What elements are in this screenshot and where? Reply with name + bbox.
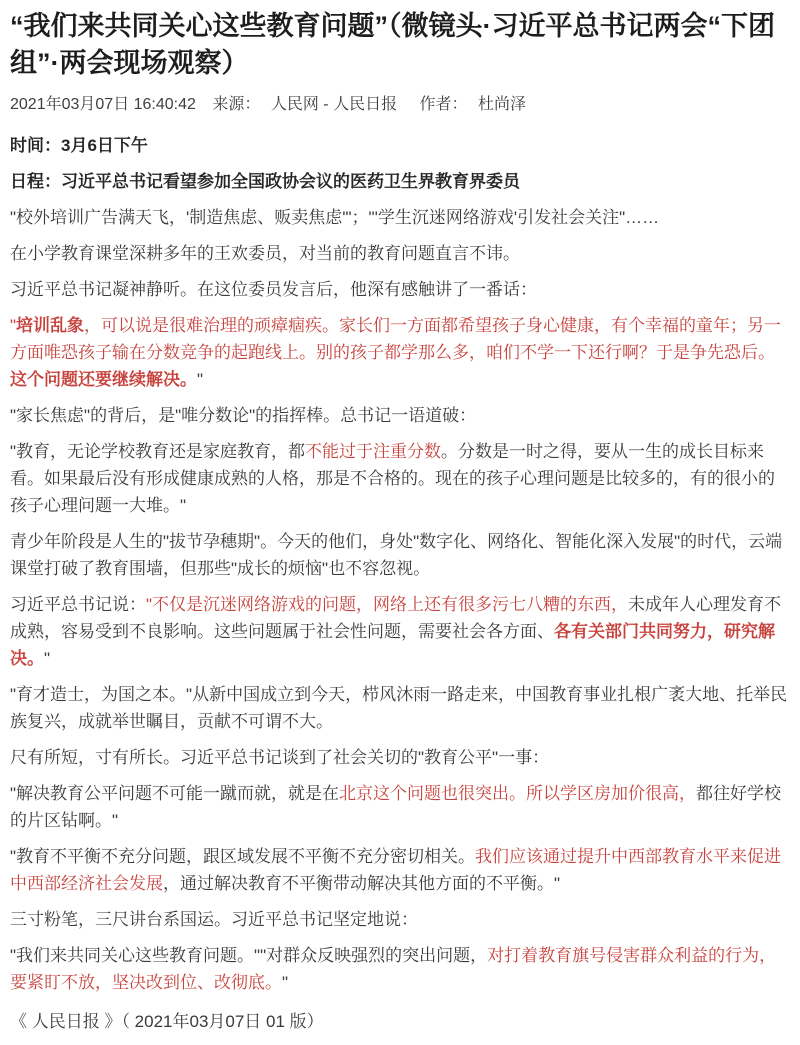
paragraph: 习近平总书记说："不仅是沉迷网络游戏的问题，网络上还有很多污七八糟的东西，未成年… (10, 591, 790, 672)
paragraph: 日程：习近平总书记看望参加全国政协会议的医药卫生界教育界委员 (10, 168, 790, 195)
paragraph: "育才造士，为国之本。"从新中国成立到今天，栉风沐雨一路走来，中国教育事业扎根广… (10, 681, 790, 735)
paragraph: "校外培训广告满天飞，'制造焦虑、贩卖焦虑'"；"'学生沉迷网络游戏'引发社会关… (10, 204, 790, 231)
paragraph: "解决教育公平问题不可能一蹴而就，就是在北京这个问题也很突出。所以学区房加价很高… (10, 780, 790, 834)
paragraph: 时间：3月6日下午 (10, 132, 790, 159)
publish-datetime: 2021年03月07日 16:40:42 (10, 96, 196, 113)
text-segment: "家长焦虑"的背后，是"唯分数论"的指挥棒。总书记一语道破： (10, 406, 476, 425)
paragraph: 尺有所短，寸有所长。习近平总书记谈到了社会关切的"教育公平"一事： (10, 744, 790, 771)
paragraph: "家长焦虑"的背后，是"唯分数论"的指挥棒。总书记一语道破： (10, 402, 790, 429)
text-segment: ，通过解决教育不平衡带动解决其他方面的不平衡。" (163, 874, 560, 893)
source-name: 人民网 - 人民日报 (271, 96, 397, 113)
text-segment: " (282, 973, 288, 992)
text-segment: 青少年阶段是人生的"拔节孕穗期"。今天的他们，身处"数字化、网络化、智能化深入发… (10, 532, 782, 578)
paragraph: "培训乱象，可以说是很难治理的顽瘴痼疾。家长们一方面都希望孩子身心健康，有个幸福… (10, 312, 790, 393)
text-segment: "不仅是沉迷网络游戏的问题，网络上还有很多污七八糟的东西， (146, 595, 628, 614)
paper-source-line: 《 人民日报 》（ 2021年03月07日 01 版） (10, 1008, 790, 1035)
paragraph: 在小学教育课堂深耕多年的王欢委员，对当前的教育问题直言不讳。 (10, 240, 790, 267)
author-label: 作者： (420, 96, 468, 113)
text-segment: 北京这个问题也很突出。所以学区房加价很高， (339, 784, 696, 803)
text-segment: "教育不平衡不充分问题，跟区域发展不平衡不充分密切相关。 (10, 847, 475, 866)
article-paragraphs: 时间：3月6日下午日程：习近平总书记看望参加全国政协会议的医药卫生界教育界委员"… (10, 132, 790, 996)
source-label: 来源： (212, 96, 260, 113)
text-segment: "我们来共同关心这些教育问题。""对群众反映强烈的突出问题， (10, 946, 487, 965)
text-segment: ，可以说是很难治理的顽瘴痼疾。家长们一方面都希望孩子身心健康，有个幸福的童年；另… (10, 316, 781, 362)
text-segment: 培训乱象 (16, 316, 84, 335)
text-segment: 习近平总书记说： (10, 595, 146, 614)
article-page: “我们来共同关心这些教育问题”（微镜头·习近平总书记两会“下团组”·两会现场观察… (0, 0, 800, 1045)
text-segment: 尺有所短，寸有所长。习近平总书记谈到了社会关切的"教育公平"一事： (10, 748, 549, 767)
text-segment: 这个问题还要继续解决。 (10, 370, 197, 389)
text-segment: 日程：习近平总书记看望参加全国政协会议的医药卫生界教育界委员 (10, 172, 520, 191)
text-segment: "教育，无论学校教育还是家庭教育，都 (10, 442, 305, 461)
paragraph: "我们来共同关心这些教育问题。""对群众反映强烈的突出问题，对打着教育旗号侵害群… (10, 942, 790, 996)
paragraph: 习近平总书记凝神静听。在这位委员发言后，他深有感触讲了一番话： (10, 276, 790, 303)
paragraph: "教育不平衡不充分问题，跟区域发展不平衡不充分密切相关。我们应该通过提升中西部教… (10, 843, 790, 897)
text-segment: "解决教育公平问题不可能一蹴而就，就是在 (10, 784, 339, 803)
author-name: 杜尚泽 (478, 96, 526, 113)
paragraph: "教育，无论学校教育还是家庭教育，都不能过于注重分数。分数是一时之得，要从一生的… (10, 438, 790, 519)
article-meta: 2021年03月07日 16:40:42 来源： 人民网 - 人民日报 作者： … (10, 94, 790, 116)
text-segment: 在小学教育课堂深耕多年的王欢委员，对当前的教育问题直言不讳。 (10, 244, 520, 263)
article-title: “我们来共同关心这些教育问题”（微镜头·习近平总书记两会“下团组”·两会现场观察… (10, 8, 790, 82)
text-segment: " (197, 370, 203, 389)
text-segment: "育才造士，为国之本。"从新中国成立到今天，栉风沐雨一路走来，中国教育事业扎根广… (10, 685, 787, 731)
text-segment: 习近平总书记凝神静听。在这位委员发言后，他深有感触讲了一番话： (10, 280, 537, 299)
text-segment: " (44, 649, 50, 668)
paragraph: 三寸粉笔，三尺讲台系国运。习近平总书记坚定地说： (10, 906, 790, 933)
text-segment: "校外培训广告满天飞，'制造焦虑、贩卖焦虑'"；"'学生沉迷网络游戏'引发社会关… (10, 208, 659, 227)
text-segment: 时间：3月6日下午 (10, 136, 148, 155)
text-segment: 三寸粉笔，三尺讲台系国运。习近平总书记坚定地说： (10, 910, 418, 929)
paragraph: 青少年阶段是人生的"拔节孕穗期"。今天的他们，身处"数字化、网络化、智能化深入发… (10, 528, 790, 582)
text-segment: 不能过于注重分数 (305, 442, 441, 461)
